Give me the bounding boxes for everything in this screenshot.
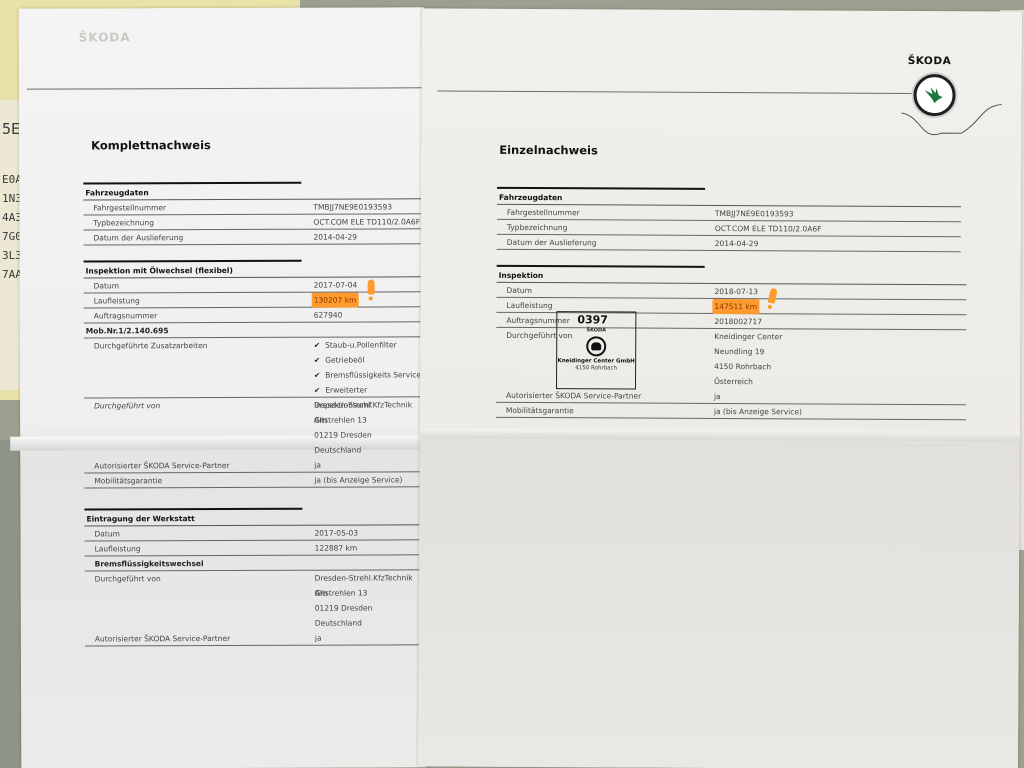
section-bar bbox=[497, 187, 705, 190]
row-label: Datum bbox=[84, 526, 119, 540]
komplettnachweis-document: ŠKODA Komplettnachweis Fahrzeugdaten Fah… bbox=[19, 7, 427, 768]
section-title: Inspektion mit Ölwechsel (flexibel) bbox=[84, 263, 424, 278]
row-value: 01219 Dresden bbox=[315, 600, 373, 615]
row-label: Datum bbox=[84, 278, 119, 292]
highlighted-mileage: 147511 km bbox=[712, 299, 759, 314]
row-value: Deutschland bbox=[315, 616, 362, 631]
row-durchgefuehrt-von: Durchgeführt von Dresden-Strehl.KfzTechn… bbox=[85, 570, 425, 586]
row-auslieferung: Datum der Auslieferung 2014-04-29 bbox=[497, 235, 961, 252]
section-title: Eintragung der Werkstatt bbox=[84, 511, 424, 526]
stamp-logo-icon bbox=[586, 336, 606, 356]
checked-item: Staub-u.Pollenfilter bbox=[314, 337, 397, 352]
row-value: 4150 Rohrbach bbox=[714, 359, 771, 374]
row-label: Typbezeichnung bbox=[83, 215, 154, 229]
row-typbezeichnung: Typbezeichnung OCT.COM ELE TD110/2.0A6F bbox=[83, 214, 423, 230]
skoda-logo-icon bbox=[913, 74, 955, 116]
row-label: Laufleistung bbox=[84, 293, 140, 307]
skoda-wordmark: ŠKODA bbox=[908, 55, 952, 67]
row-auslieferung: Datum der Auslieferung 2014-04-29 bbox=[83, 229, 423, 245]
row-label: Autorisierter ŠKODA Service-Partner bbox=[84, 458, 229, 473]
row-label: Datum der Auslieferung bbox=[83, 230, 183, 244]
row-address: Deutschland bbox=[84, 442, 424, 458]
section-bar bbox=[84, 508, 302, 511]
row-label: Auftragsnummer bbox=[84, 308, 158, 322]
row-label: Autorisierter ŠKODA Service-Partner bbox=[496, 388, 641, 403]
row-label: Bremsflüssigkeitswechsel bbox=[85, 556, 204, 570]
row-mob-nr: Mob.Nr.1/2.140.695 bbox=[84, 322, 424, 338]
paper-fold bbox=[420, 428, 1020, 441]
row-service-partner: Autorisierter ŠKODA Service-Partner ja bbox=[85, 630, 425, 646]
row-zusatzarbeiten-cont: Bremsflüssigkeits Service bbox=[84, 367, 424, 383]
winged-arrow-icon bbox=[920, 81, 948, 109]
section-fahrzeugdaten: Fahrzeugdaten Fahrgestellnummer TMBJJ7NE… bbox=[83, 181, 423, 245]
row-value: OCT.COM ELE TD110/2.0A6F bbox=[313, 214, 420, 229]
row-value: 2017-07-04 bbox=[314, 278, 358, 293]
row-value: TMBJJ7NE9E0193593 bbox=[715, 206, 794, 221]
row-value: Deutschland bbox=[314, 443, 361, 458]
section-fahrzeugdaten: Fahrzeugdaten Fahrgestellnummer TMBJJ7NE… bbox=[497, 187, 961, 252]
row-label: Fahrgestellnummer bbox=[83, 200, 166, 214]
row-value: Altstrehlen 13 bbox=[314, 412, 367, 427]
row-label: Mobilitätsgarantie bbox=[496, 403, 574, 417]
row-value: 2014-04-29 bbox=[313, 230, 357, 245]
row-durchgefuehrt-von: Durchgeführt von Dresden-Strehl.KfzTechn… bbox=[84, 397, 424, 413]
row-label: Durchgeführte Zusatzarbeiten bbox=[84, 338, 208, 353]
checked-item: Getriebeöl bbox=[314, 353, 365, 368]
row-value: Kneidinger Center bbox=[714, 329, 782, 344]
row-label: Datum der Auslieferung bbox=[497, 235, 597, 250]
row-label: Durchgeführt von bbox=[85, 571, 161, 586]
document-title: Einzelnachweis bbox=[499, 143, 598, 158]
row-label: Fahrgestellnummer bbox=[497, 205, 580, 219]
document-title: Komplettnachweis bbox=[91, 138, 211, 152]
row-value: 122887 km bbox=[315, 541, 358, 556]
exclamation-mark-annotation bbox=[368, 279, 375, 301]
section-eintragung-werkstatt: Eintragung der Werkstatt Datum 2017-05-0… bbox=[84, 507, 424, 646]
stamp-brand: ŠKODA bbox=[557, 327, 635, 333]
row-value: 2018002717 bbox=[714, 314, 762, 329]
row-service-partner: Autorisierter ŠKODA Service-Partner ja bbox=[84, 457, 424, 473]
row-mobilitaetsgarantie: Mobilitätsgarantie ja (bis Anzeige Servi… bbox=[84, 472, 424, 488]
section-bar bbox=[84, 260, 302, 263]
section-title: Fahrzeugdaten bbox=[83, 185, 423, 200]
row-value: Altstrehlen 13 bbox=[315, 585, 368, 600]
row-value: ja bbox=[714, 389, 721, 404]
section-bar bbox=[83, 182, 301, 185]
row-label: Autorisierter ŠKODA Service-Partner bbox=[85, 631, 230, 646]
row-value: 01219 Dresden bbox=[314, 427, 372, 442]
header-rule bbox=[27, 87, 424, 89]
row-label: Mob.Nr.1/2.140.695 bbox=[84, 323, 169, 337]
row-value: 2014-04-29 bbox=[715, 236, 759, 251]
row-label: Datum bbox=[496, 283, 531, 297]
row-value: 2017-05-03 bbox=[314, 526, 358, 541]
row-label: Durchgeführt von bbox=[84, 398, 160, 413]
row-label: Typbezeichnung bbox=[497, 220, 568, 234]
row-zusatzarbeiten-cont: Erweiterter Inspektionsumf bbox=[84, 382, 424, 398]
row-value: ja bbox=[315, 631, 322, 646]
stamp-number: 0397 bbox=[557, 313, 635, 326]
row-value: ja (bis Anzeige Service) bbox=[314, 472, 402, 487]
stamp-company: Kneidinger Center GmbH bbox=[557, 358, 635, 364]
row-zusatzarbeiten-cont: Getriebeöl bbox=[84, 352, 424, 368]
row-mobilitaetsgarantie: Mobilitätsgarantie ja (bis Anzeige Servi… bbox=[496, 403, 966, 420]
row-label: Laufleistung bbox=[85, 541, 141, 555]
row-address: Deutschland bbox=[85, 615, 425, 631]
highlighted-mileage: 130207 km bbox=[312, 293, 359, 308]
row-zusatzarbeiten: Durchgeführte Zusatzarbeiten Staub-u.Pol… bbox=[84, 337, 424, 353]
row-value: 627940 bbox=[314, 308, 343, 323]
checked-item: Bremsflüssigkeits Service bbox=[314, 367, 421, 382]
row-value: TMBJJ7NE9E0193593 bbox=[313, 199, 392, 214]
row-value: ja (bis Anzeige Service) bbox=[714, 404, 802, 419]
row-label: Mobilitätsgarantie bbox=[84, 473, 162, 487]
row-value: Österreich bbox=[714, 374, 753, 389]
row-datum: Datum 2017-05-03 bbox=[84, 525, 424, 541]
row-auftragsnummer: Auftragsnummer 627940 bbox=[84, 307, 424, 323]
row-laufleistung: Laufleistung 122887 km bbox=[85, 540, 425, 556]
row-value: Neundling 19 bbox=[714, 344, 764, 359]
row-value: OCT.COM ELE TD110/2.0A6F bbox=[715, 221, 822, 237]
row-address: 01219 Dresden bbox=[85, 600, 425, 616]
stamp-city: 4150 Rohrbach bbox=[557, 365, 635, 371]
section-bar bbox=[497, 265, 705, 268]
row-address: 01219 Dresden bbox=[84, 427, 424, 443]
row-bremsfluessigkeitswechsel: Bremsflüssigkeitswechsel bbox=[85, 555, 425, 571]
row-value: ja bbox=[314, 458, 321, 473]
row-value: 2018-07-13 bbox=[714, 284, 758, 299]
dealer-stamp: 0397 ŠKODA Kneidinger Center GmbH 4150 R… bbox=[556, 311, 636, 389]
row-label: Laufleistung bbox=[496, 298, 552, 312]
einzelnachweis-document: ŠKODA Einzelnachweis Fahrzeugdaten Fahrg… bbox=[418, 8, 1022, 768]
ghost-watermark: ŠKODA bbox=[79, 30, 131, 44]
row-fahrgestellnummer: Fahrgestellnummer TMBJJ7NE9E0193593 bbox=[83, 199, 423, 215]
